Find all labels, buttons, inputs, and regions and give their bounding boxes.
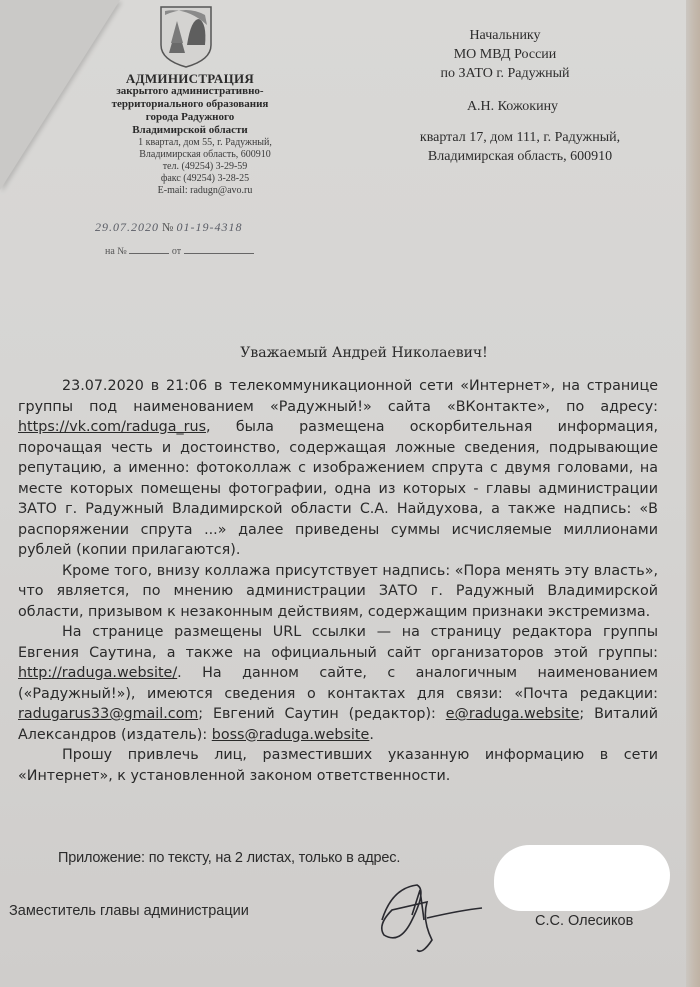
sender-block: АДМИНИСТРАЦИЯ закрытого административно-…: [85, 72, 295, 197]
letter-body: 23.07.2020 в 21:06 в телекоммуникационно…: [18, 376, 658, 786]
text: 23.07.2020 в 21:06 в телекоммуникационно…: [18, 378, 658, 415]
registration-number: 01-19-4318: [176, 220, 242, 234]
text: , была размещена оскорбительная информац…: [18, 419, 658, 558]
recipient-block: Начальнику МО МВД России по ЗАТО г. Раду…: [340, 26, 670, 166]
paragraph-1: 23.07.2020 в 21:06 в телекоммуникационно…: [18, 376, 658, 561]
email-link-publisher[interactable]: boss@raduga.website: [212, 727, 370, 743]
recipient-line: Начальнику: [340, 26, 670, 45]
vk-link[interactable]: https://vk.com/raduga_rus: [18, 419, 206, 435]
sender-line: территориального образования: [85, 98, 295, 111]
text: .: [369, 727, 374, 743]
signer-position: Заместитель главы администрации: [9, 903, 249, 919]
registration-block: 29.07.2020 № 01-19-4318 на № от: [95, 220, 254, 257]
paragraph-3: На странице размещены URL ссылки — на ст…: [18, 622, 658, 745]
handwritten-signature-icon: [372, 880, 492, 960]
registration-date: 29.07.2020: [95, 220, 159, 234]
sender-title: АДМИНИСТРАЦИЯ: [85, 72, 295, 85]
sender-line: города Радужного: [85, 111, 295, 124]
recipient-name: А.Н. Кожокину: [340, 97, 670, 116]
paragraph-4: Прошу привлечь лиц, разместивших указанн…: [18, 745, 658, 786]
ref-number-blank: [129, 245, 169, 254]
sender-line: Владимирской области: [85, 124, 295, 137]
signer-name: С.С. Олесиков: [535, 913, 633, 929]
table-edge: [686, 0, 700, 987]
paragraph-2: Кроме того, внизу коллажа присутствует н…: [18, 561, 658, 623]
ref-date-blank: [184, 245, 254, 254]
from-label: от: [172, 246, 181, 257]
ref-label: на №: [105, 246, 127, 257]
recipient-line: по ЗАТО г. Радужный: [340, 64, 670, 83]
recipient-line: МО МВД России: [340, 45, 670, 64]
recipient-address: Владимирская область, 600910: [340, 147, 670, 166]
number-label: №: [162, 220, 173, 234]
greeting: Уважаемый Андрей Николаевич!: [0, 345, 688, 361]
sender-address: 1 квартал, дом 55, г. Радужный,: [85, 137, 295, 149]
sender-email: E-mail: radugn@avo.ru: [85, 185, 295, 197]
email-link-editor[interactable]: e@raduga.website: [446, 706, 580, 722]
sender-fax: факс (49254) 3-28-25: [85, 173, 295, 185]
sender-phone: тел. (49254) 3-29-59: [85, 161, 295, 173]
email-link-editorial[interactable]: radugarus33@gmail.com: [18, 706, 198, 722]
website-link[interactable]: http://raduga.website/: [18, 665, 177, 681]
recipient-address: квартал 17, дом 111, г. Радужный,: [340, 128, 670, 147]
redaction-blot: [494, 845, 670, 911]
text: На странице размещены URL ссылки — на ст…: [18, 624, 658, 661]
text: ; Евгений Саутин (редактор):: [198, 706, 445, 722]
sender-address: Владимирская область, 600910: [85, 149, 295, 161]
attachment-note: Приложение: по тексту, на 2 листах, толь…: [58, 850, 400, 866]
coat-of-arms-icon: [157, 5, 215, 68]
sender-line: закрытого административно-: [85, 85, 295, 98]
